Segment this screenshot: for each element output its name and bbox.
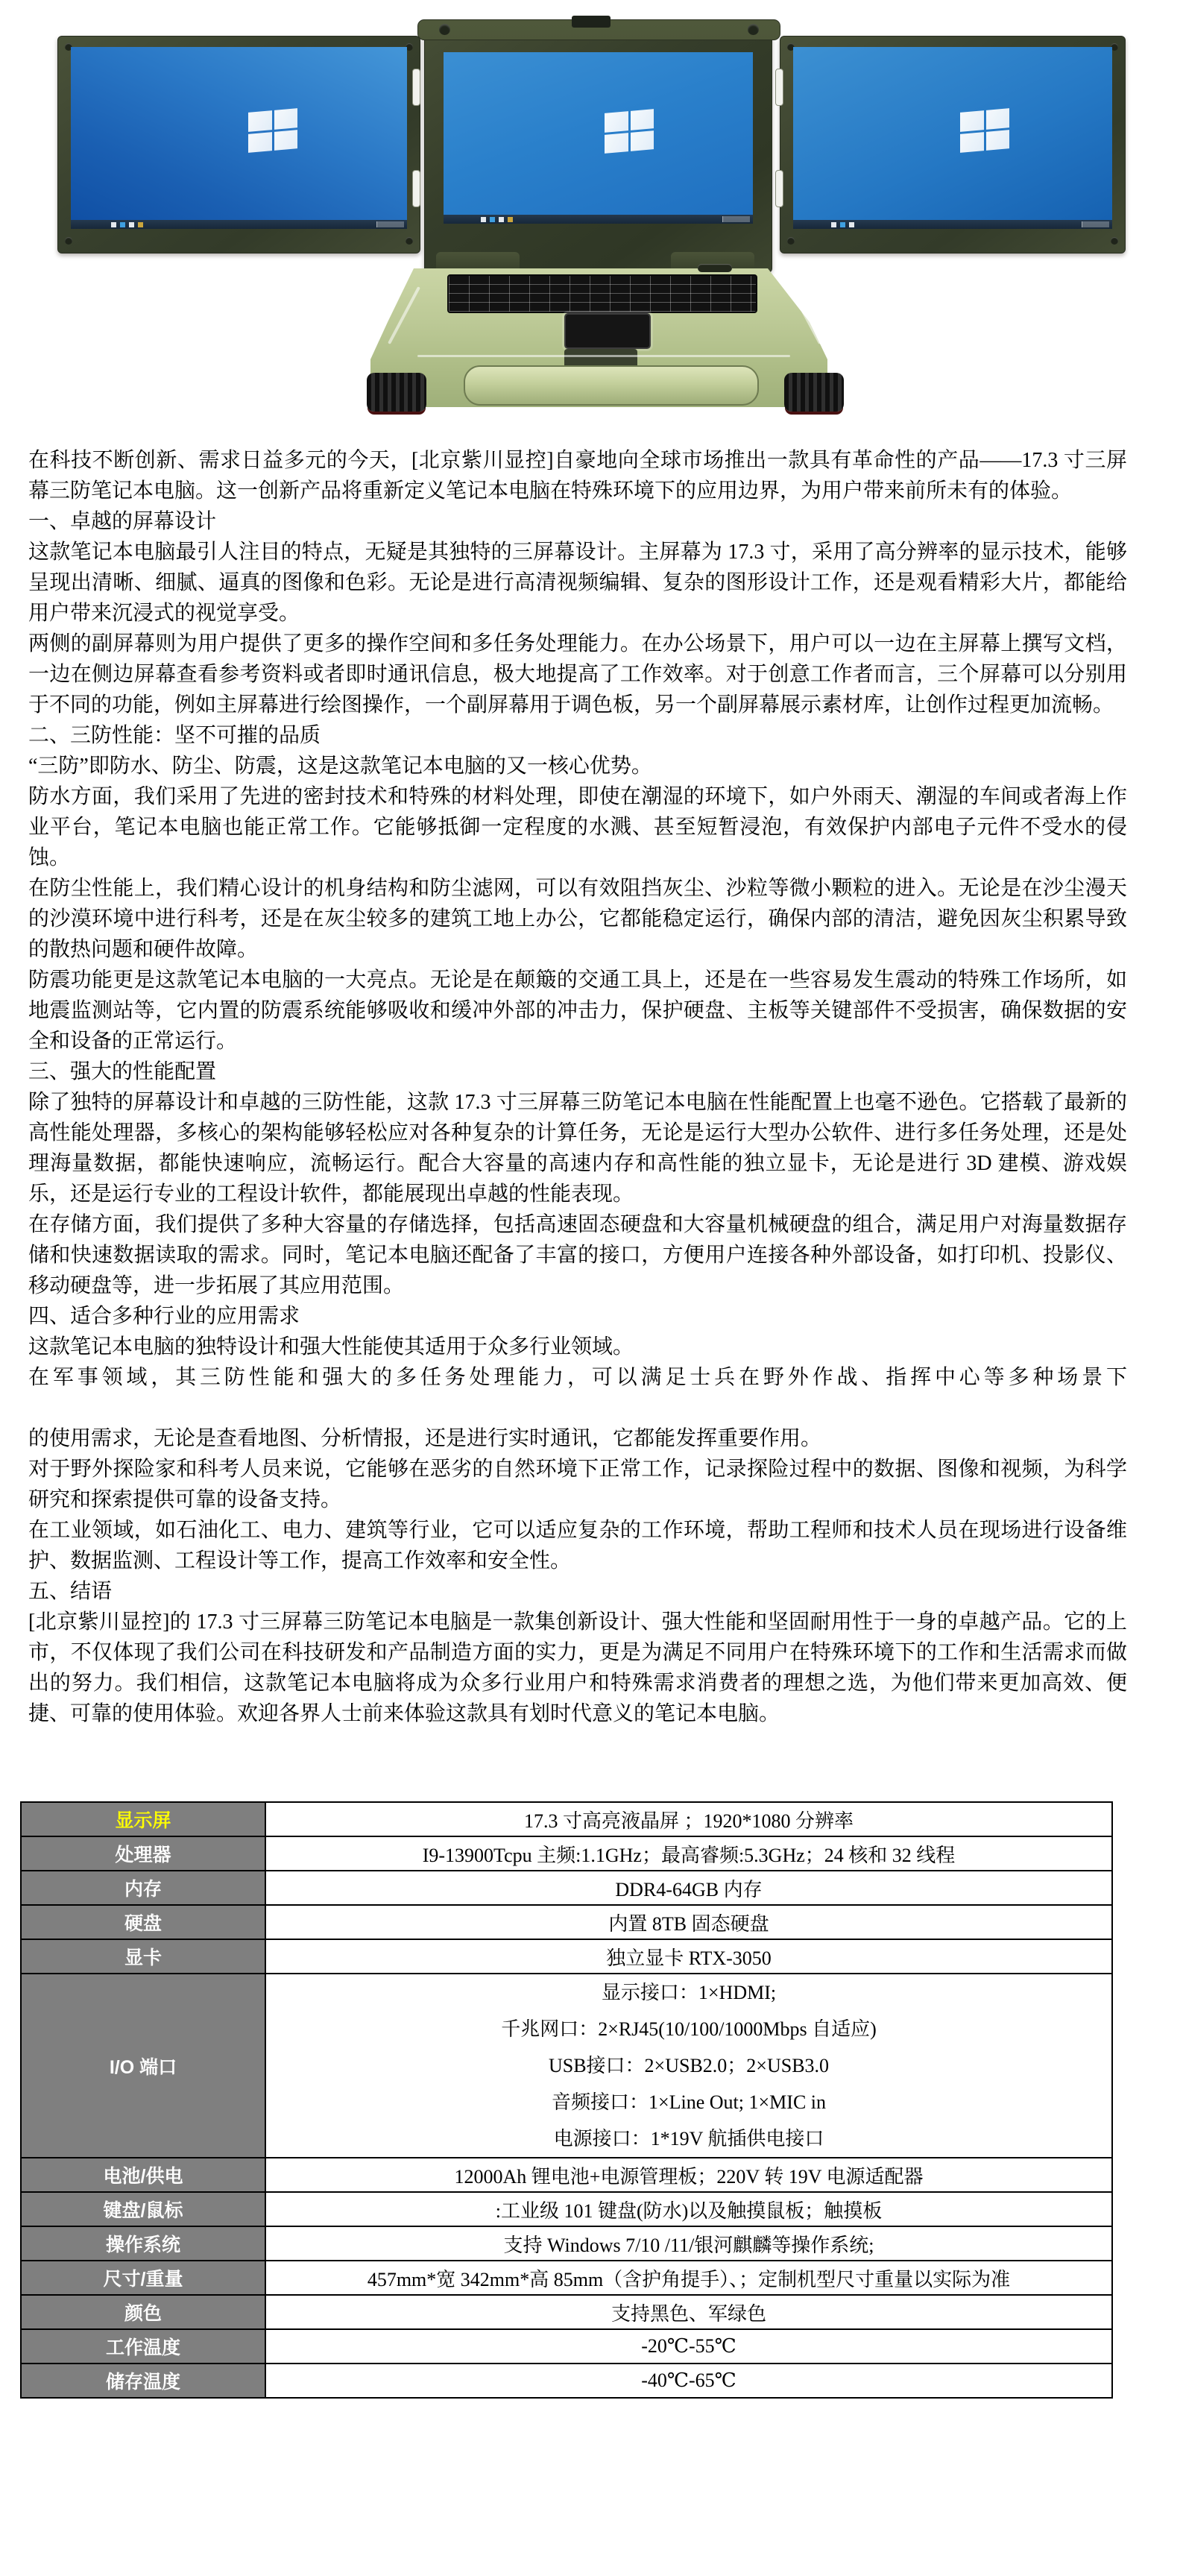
paragraph: 防震功能更是这款笔记本电脑的一大亮点。无论是在颠簸的交通工具上，还是在一些容易发… [28,965,1127,1056]
spec-label-battery: 电池/供电 [21,2158,265,2192]
corner-bumper [784,373,844,412]
windows-logo-icon [605,109,654,154]
spec-label-os: 操作系统 [21,2226,265,2261]
lid-latch [572,16,611,28]
hinge-pin [775,69,783,106]
io-line: 显示接口：1×HDMI; [271,1974,1107,2011]
hinge-pin [412,69,420,106]
spec-label-op-temp: 工作温度 [21,2329,265,2364]
spec-value: 12000Ah 锂电池+电源管理板；220V 转 19V 电源适配器 [265,2158,1112,2192]
paragraph: 这款笔记本电脑的独特设计和强大性能使其适用于众多行业领域。 [28,1332,1127,1362]
taskbar-icons [111,222,143,227]
right-monitor-screen [793,47,1112,229]
paragraph: 在军事领域，其三防性能和强大的多任务处理能力，可以满足士兵在野外作战、指挥中心等… [28,1362,1127,1393]
table-row: 内存 DDR4-64GB 内存 [21,1871,1112,1905]
screw-icon [439,24,450,35]
paragraph: 这款笔记本电脑最引人注目的特点，无疑是其独特的三屏幕设计。主屏幕为 17.3 寸… [28,537,1127,629]
table-row: 显示屏 17.3 寸高亮液晶屏 ；1920*1080 分辨率 [21,1802,1112,1836]
table-row: 显卡 独立显卡 RTX-3050 [21,1939,1112,1974]
spec-value: 支持 Windows 7/10 /11/银河麒麟等操作系统; [265,2226,1112,2261]
paragraph: 两侧的副屏幕则为用户提供了更多的操作空间和多任务处理能力。在办公场景下，用户可以… [28,629,1127,720]
spec-value: 独立显卡 RTX-3050 [265,1939,1112,1974]
spec-label-size: 尺寸/重量 [21,2261,265,2295]
spec-value: DDR4-64GB 内存 [265,1871,1112,1905]
screw-icon [406,237,413,245]
power-button [698,264,732,272]
spec-label-display: 显示屏 [21,1802,265,1836]
product-description: 在科技不断创新、需求日益多元的今天，[北京紫川显控]自豪地向全球市场推出一款具有… [0,429,1183,1729]
paragraph: 除了独特的屏幕设计和卓越的三防性能，这款 17.3 寸三屏幕三防笔记本电脑在性能… [28,1087,1127,1209]
spec-label-gpu: 显卡 [21,1939,265,1974]
spec-table: 显示屏 17.3 寸高亮液晶屏 ；1920*1080 分辨率 处理器 I9-13… [20,1801,1113,2399]
table-row: 工作温度 -20℃-55℃ [21,2329,1112,2364]
taskbar [444,215,753,224]
taskbar-tray [722,216,750,222]
deck-highlight [417,355,790,357]
spec-value: -20℃-55℃ [265,2329,1112,2364]
hinge-pin [775,170,783,207]
keyboard [447,274,757,313]
left-monitor-screen [71,47,407,229]
spec-label-cpu: 处理器 [21,1836,265,1871]
paragraph-intro: 在科技不断创新、需求日益多元的今天，[北京紫川显控]自豪地向全球市场推出一款具有… [28,445,1127,506]
heading-screen-design: 一、卓越的屏幕设计 [28,506,1127,537]
heading-performance: 三、强大的性能配置 [28,1056,1127,1087]
taskbar-icons [481,217,513,222]
screw-icon [748,24,759,35]
touchpad [564,313,651,349]
spec-label-disk: 硬盘 [21,1905,265,1939]
spec-label-memory: 内存 [21,1871,265,1905]
paragraph: 在工业领域，如石油化工、电力、建筑等行业，它可以适应复杂的工作环境，帮助工程师和… [28,1515,1127,1576]
screw-icon [65,237,72,245]
spec-value: :工业级 101 键盘(防水)以及触摸鼠板；触摸板 [265,2192,1112,2226]
heading-industries: 四、适合多种行业的应用需求 [28,1301,1127,1332]
spec-label-keyboard: 键盘/鼠标 [21,2192,265,2226]
taskbar-icons [831,222,854,227]
paragraph: 的使用需求，无论是查看地图、分析情报，还是进行实时通讯，它都能发挥重要作用。 [28,1423,1127,1454]
table-row: 颜色 支持黑色、军绿色 [21,2295,1112,2329]
paragraph: [北京紫川显控]的 17.3 寸三屏幕三防笔记本电脑是一款集创新设计、强大性能和… [28,1607,1127,1729]
paragraph: 防水方面，我们采用了先进的密封技术和特殊的材料处理，即使在潮湿的环境下，如户外雨… [28,781,1127,873]
taskbar [793,220,1112,229]
corner-bumper [367,373,426,412]
table-row: 键盘/鼠标 :工业级 101 键盘(防水)以及触摸鼠板；触摸板 [21,2192,1112,2226]
table-row: 硬盘 内置 8TB 固态硬盘 [21,1905,1112,1939]
io-line: 千兆网口：2×RJ45(10/100/1000Mbps 自适应) [271,2011,1107,2047]
paragraph: 对于野外探险家和科考人员来说，它能够在恶劣的自然环境下正常工作，记录探险过程中的… [28,1454,1127,1515]
table-row: 储存温度 -40℃-65℃ [21,2364,1112,2398]
paragraph: “三防”即防水、防尘、防震，这是这款笔记本电脑的又一核心优势。 [28,751,1127,781]
center-monitor [424,19,772,273]
spec-label-storage-temp: 储存温度 [21,2364,265,2398]
spec-value: -40℃-65℃ [265,2364,1112,2398]
table-row: 操作系统 支持 Windows 7/10 /11/银河麒麟等操作系统; [21,2226,1112,2261]
taskbar [71,220,407,229]
right-monitor [780,36,1126,253]
spec-value: 内置 8TB 固态硬盘 [265,1905,1112,1939]
heading-rugged: 二、三防性能：坚不可摧的品质 [28,720,1127,751]
io-line: 电源接口：1*19V 航插供电接口 [271,2120,1107,2157]
table-row: 电池/供电 12000Ah 锂电池+电源管理板；220V 转 19V 电源适配器 [21,2158,1112,2192]
spec-value: I9-13900Tcpu 主频:1.1GHz；最高睿频:5.3GHz；24 核和… [265,1836,1112,1871]
windows-logo-icon [248,108,297,153]
spec-value: 457mm*宽 342mm*高 85mm（含护角提手）、；定制机型尺寸重量以实际… [265,2261,1112,2295]
spec-value: 17.3 寸高亮液晶屏 ；1920*1080 分辨率 [265,1802,1112,1836]
lid-top-cap [417,19,780,40]
spec-value: 支持黑色、军绿色 [265,2295,1112,2329]
table-row: 尺寸/重量 457mm*宽 342mm*高 85mm（含护角提手）、；定制机型尺… [21,2261,1112,2295]
left-monitor [57,36,420,253]
heading-conclusion: 五、结语 [28,1576,1127,1607]
spec-value-io: 显示接口：1×HDMI; 千兆网口：2×RJ45(10/100/1000Mbps… [265,1974,1112,2158]
paragraph: 在防尘性能上，我们精心设计的机身结构和防尘滤网，可以有效阻挡灰尘、沙粒等微小颗粒… [28,873,1127,965]
io-line: 音频接口：1×Line Out; 1×MIC in [271,2084,1107,2120]
spec-label-io: I/O 端口 [21,1974,265,2158]
taskbar-tray [376,221,404,227]
hinge-pin [412,170,420,207]
table-row: I/O 端口 显示接口：1×HDMI; 千兆网口：2×RJ45(10/100/1… [21,1974,1112,2158]
io-line: USB接口：2×USB2.0；2×USB3.0 [271,2047,1107,2084]
center-monitor-screen [444,52,753,224]
carry-handle [464,365,759,406]
product-photo [0,0,1183,429]
taskbar-tray [1082,221,1109,227]
spec-label-color: 颜色 [21,2295,265,2329]
paragraph: 在存储方面，我们提供了多种大容量的存储选择，包括高速固态硬盘和大容量机械硬盘的组… [28,1209,1127,1301]
table-row: 处理器 I9-13900Tcpu 主频:1.1GHz；最高睿频:5.3GHz；2… [21,1836,1112,1871]
windows-logo-icon [960,108,1009,153]
screw-icon [787,237,795,245]
screw-icon [1111,237,1118,245]
